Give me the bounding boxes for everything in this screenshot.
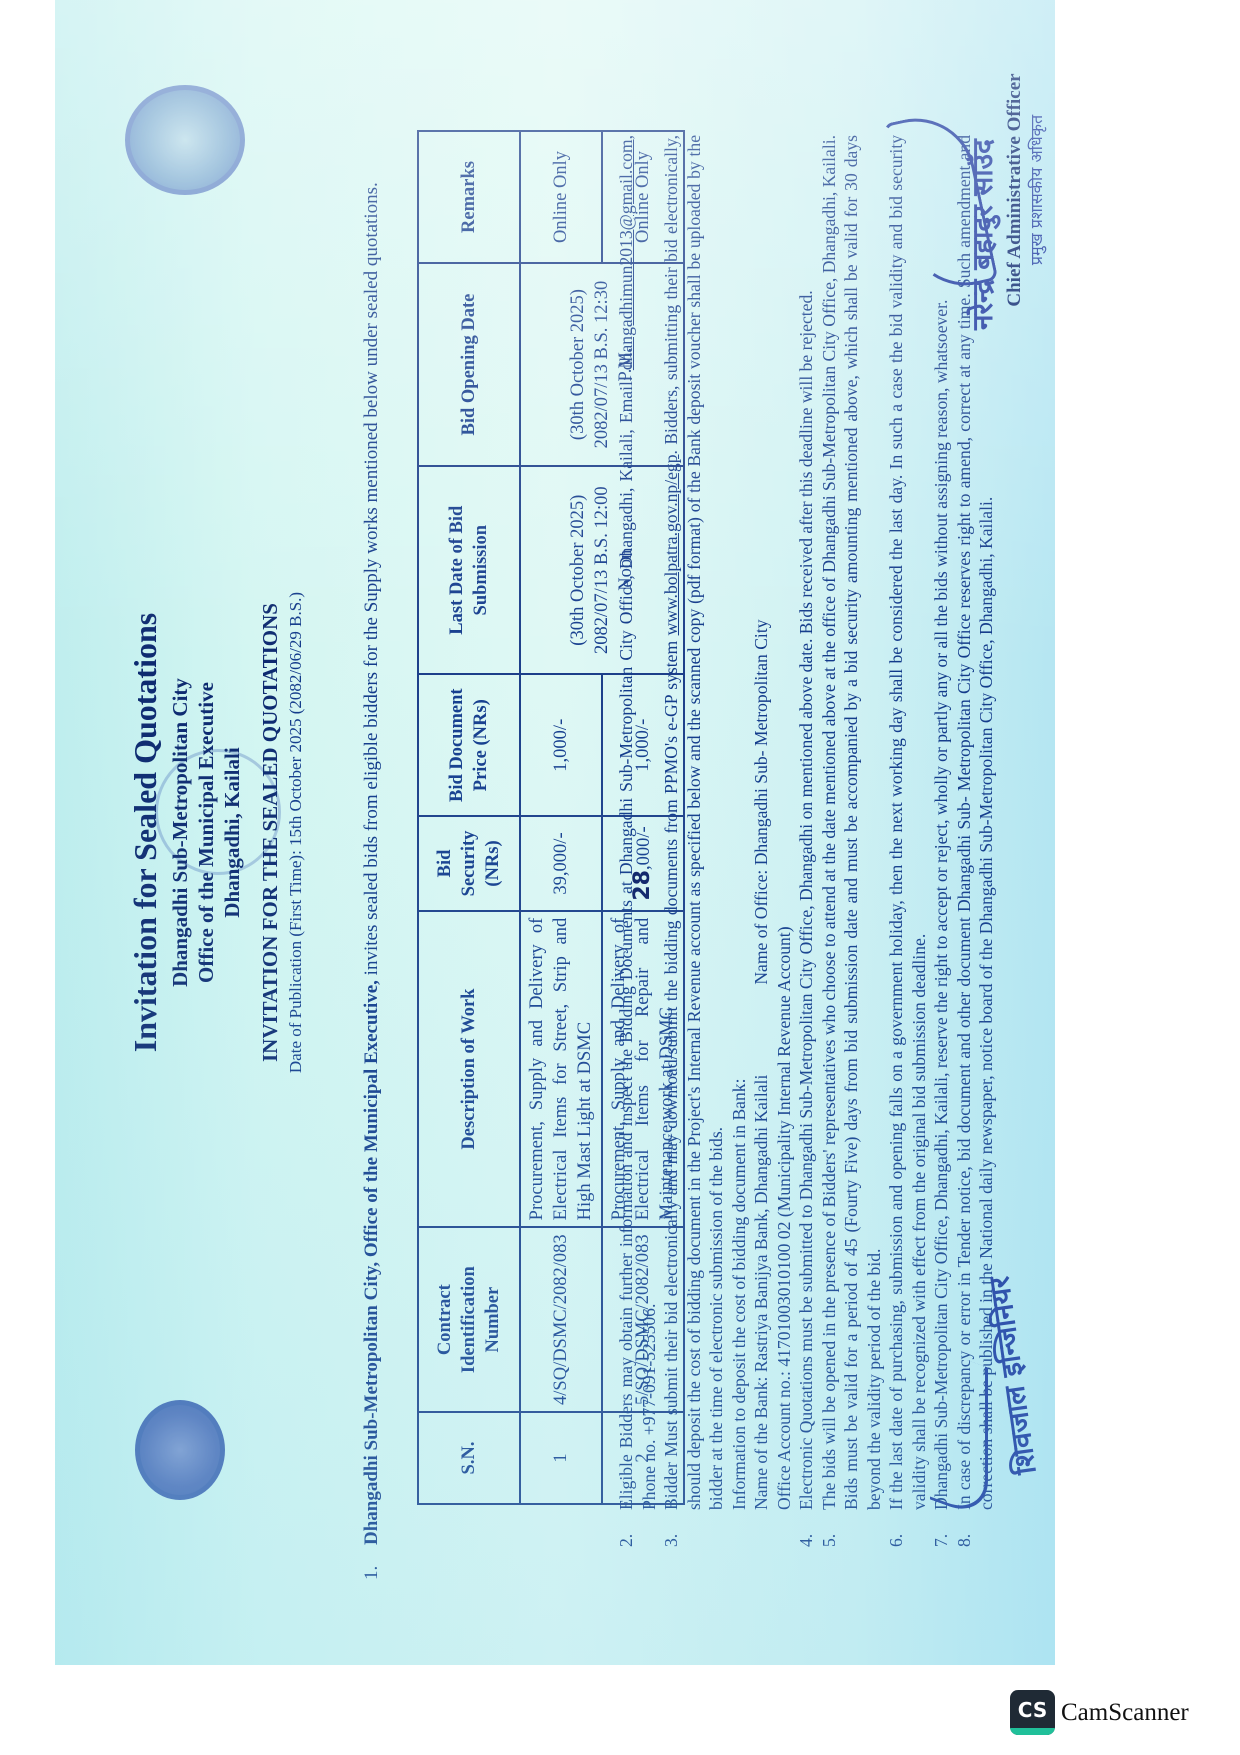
- clause-text: Eligible Bidders may obtain further info…: [616, 376, 636, 1510]
- camscanner-watermark: CS CamScanner: [1010, 1690, 1189, 1735]
- clause-number: 2.: [615, 1534, 638, 1547]
- col-header: Remarks: [418, 131, 520, 263]
- account-number: Office Account no.: 41701003010100 02 (M…: [773, 135, 796, 1510]
- clause-text: Bidder Must submit their bid electronica…: [661, 641, 681, 1510]
- camscanner-logo-icon: CS: [1010, 1690, 1055, 1735]
- org-line-1: Dhangadhi Sub-Metropolitan City: [167, 0, 193, 1665]
- bank-name: Name of the Bank: Rastriya Banijya Bank,…: [751, 1075, 771, 1510]
- clause-number: 3.: [660, 1534, 683, 1547]
- notice-title: Invitation for Sealed Quotations: [125, 0, 167, 1665]
- clause-text: Electronic Quotations must be submitted …: [796, 290, 816, 1510]
- scanned-document-page: Invitation for Sealed Quotations Dhangad…: [55, 0, 1055, 1665]
- signature-scrawl-icon: [930, 1346, 988, 1520]
- clause-5: 5. The bids will be opened in the presen…: [818, 135, 886, 1510]
- col-header: Description of Work: [418, 911, 520, 1228]
- bank-line: Name of the Bank: Rastriya Banijya Bank,…: [750, 135, 773, 1510]
- clause-number: 8.: [953, 1534, 976, 1547]
- cell-doc-price: 1,000/-: [520, 674, 602, 816]
- cell-bid-security: 39,000/-: [520, 816, 602, 911]
- publication-date: Date of Publication (First Time): 15th O…: [285, 0, 307, 1665]
- engineer-name-stamp: शिवजाल इन्जिनियर: [981, 1274, 1045, 1476]
- cell-sn: 1: [520, 1412, 602, 1504]
- clause-1: 1. Dhangadhi Sub-Metropolitan City, Offi…: [360, 135, 385, 1545]
- notice-header: Invitation for Sealed Quotations Dhangad…: [125, 0, 307, 1665]
- col-header: Last Date of Bid Submission: [418, 466, 520, 674]
- cell-remarks: Online Only: [520, 131, 602, 263]
- email-link[interactable]: dhangadhimun2013@gmail.com: [616, 139, 636, 370]
- org-line-3: Dhangadhi, Kailali: [219, 0, 245, 1665]
- clause-4: 4. Electronic Quotations must be submitt…: [795, 135, 818, 1510]
- egp-link[interactable]: www.bolpatra.gov.np/egp: [661, 454, 681, 635]
- col-header: S.N.: [418, 1412, 520, 1504]
- cao-signature: नरेन्द्र बहादुर साउँद Chief Administrati…: [900, 30, 1050, 350]
- rotated-notice: Invitation for Sealed Quotations Dhangad…: [55, 0, 1055, 1665]
- section-heading: INVITATION FOR THE SEALED QUOTATIONS: [257, 0, 284, 1665]
- clause-2: 2. Eligible Bidders may obtain further i…: [615, 135, 660, 1510]
- clause-number: 1.: [360, 1566, 385, 1580]
- office-name: Name of Office: Dhangadhi Sub- Metropoli…: [751, 620, 771, 985]
- camscanner-brand: CamScanner: [1061, 1699, 1189, 1727]
- clause-1-text: invites sealed bids from eligible bidder…: [361, 182, 382, 980]
- col-header: Contract Identification Number: [418, 1227, 520, 1412]
- clause-number: 4.: [795, 1534, 818, 1547]
- col-header: Bid Document Price (NRs): [418, 674, 520, 816]
- cao-title-np: प्रमुख प्रशासकीय अधिकृत: [1027, 30, 1048, 350]
- cao-title: Chief Administrative Officer: [1003, 30, 1028, 350]
- cell-contract-id: 4/SQ/DSMC/2082/083: [520, 1227, 602, 1412]
- cao-name-stamp: नरेन्द्र बहादुर साउँद: [965, 139, 1001, 330]
- table-header-row: S.N. Contract Identification Number Desc…: [418, 131, 520, 1504]
- clause-number: 6.: [885, 1534, 908, 1547]
- col-header: Bid Opening Date: [418, 263, 520, 466]
- org-line-2: Office of the Municipal Executive: [193, 0, 219, 1665]
- cell-description: Procurement, Supply and Delivery of Elec…: [520, 911, 602, 1228]
- clause-text: The bids will be opened in the presence …: [819, 135, 884, 1510]
- clause-number: 7.: [930, 1534, 953, 1547]
- col-header: Bid Security (NRs): [418, 816, 520, 911]
- clause-number: 5.: [818, 1534, 841, 1547]
- clause-3: 3. Bidder Must submit their bid electron…: [660, 135, 795, 1510]
- bank-info-heading: Information to deposit the cost of biddi…: [728, 135, 751, 1510]
- engineer-signature: शिवजाल इन्जिनियर: [925, 1215, 1045, 1515]
- clause-1-bold: Dhangadhi Sub-Metropolitan City, Office …: [361, 980, 382, 1545]
- table-row: 1 4/SQ/DSMC/2082/083 Procurement, Supply…: [520, 131, 602, 1504]
